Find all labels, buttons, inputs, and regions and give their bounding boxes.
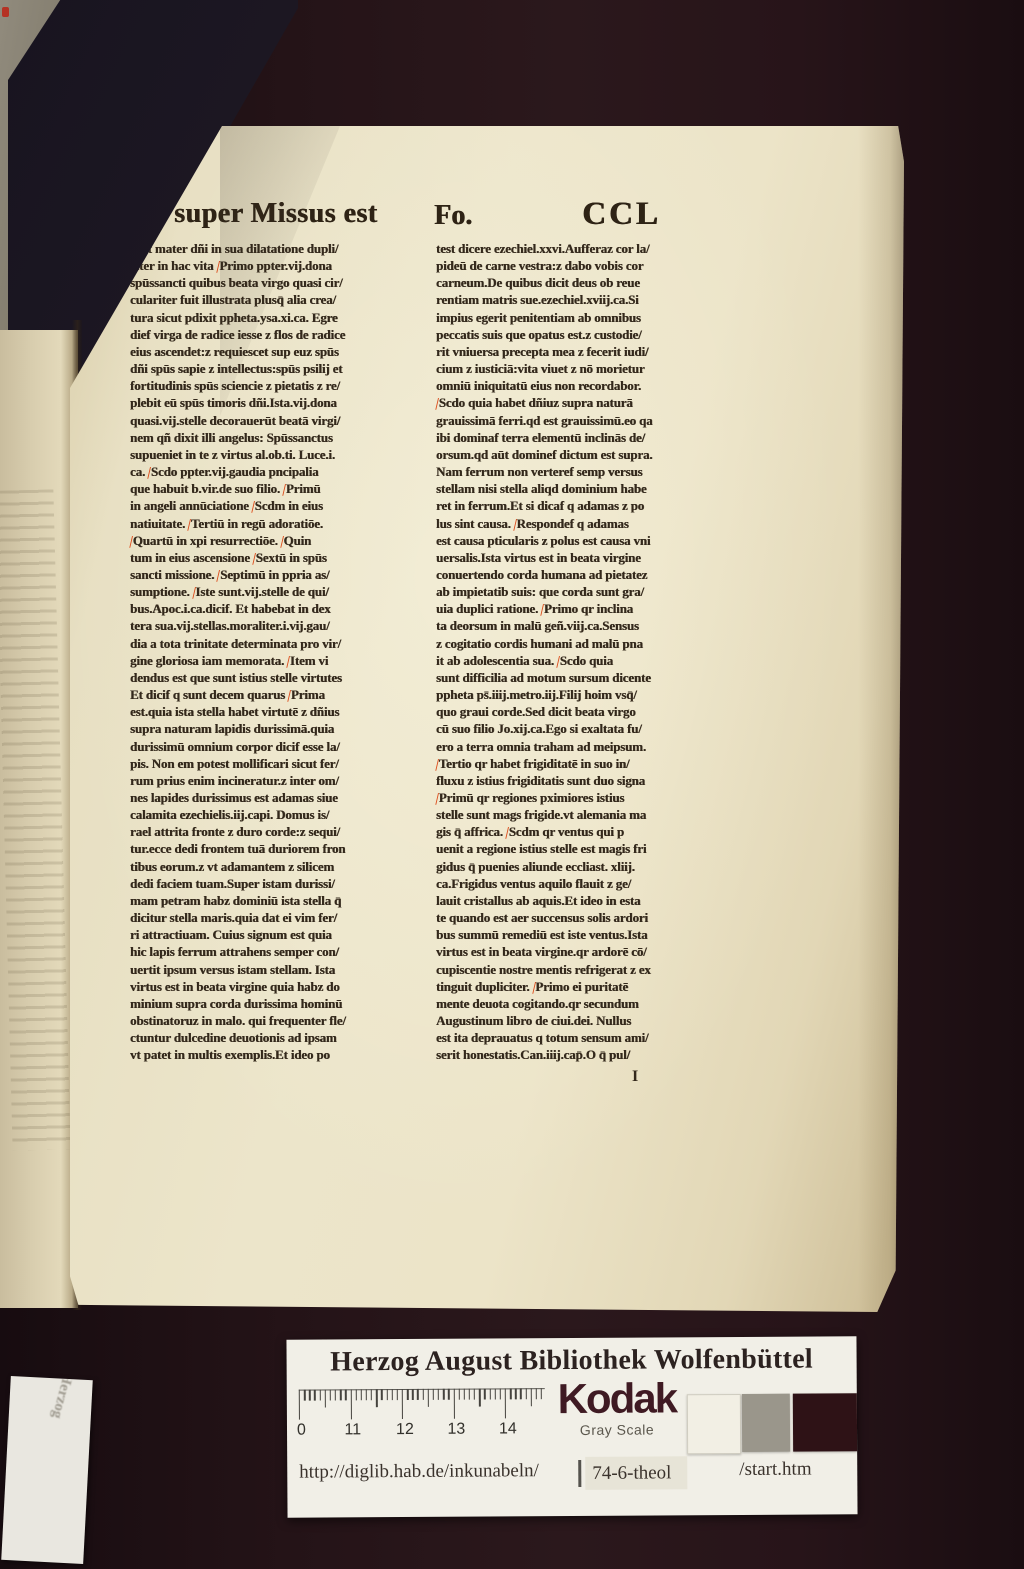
base-url: http://diglib.hab.de/inkunabeln/ xyxy=(299,1460,539,1483)
rubric-mark: | xyxy=(285,652,292,669)
manuscript-page: super Missus est Fo. CCL buit mater dñi … xyxy=(70,126,904,1312)
rubric-mark: | xyxy=(555,652,562,669)
gray-scale-patch-white xyxy=(687,1394,741,1454)
rubric-mark: | xyxy=(434,789,441,806)
kodak-gray-scale-label: Kodak Gray Scale xyxy=(543,1377,691,1438)
rubric-mark: | xyxy=(186,515,193,532)
rubric-mark: | xyxy=(279,532,286,549)
facing-page-edge xyxy=(0,330,78,1308)
red-marker-dot xyxy=(2,7,9,17)
gray-scale-patch-gray xyxy=(742,1394,790,1452)
rubric-mark: | xyxy=(434,755,441,772)
side-label-text: Herzog xyxy=(23,1376,76,1510)
library-label-card: Herzog August Bibliothek Wolfenbüttel 01… xyxy=(286,1336,857,1517)
text-column-right: test dicere ezechiel.xxvi.Aufferaz cor l… xyxy=(436,240,652,1064)
rubric-mark: | xyxy=(215,257,222,274)
rubric-mark: | xyxy=(281,480,288,497)
start-file: /start.htm xyxy=(739,1459,811,1481)
gray-scale-patch-dark xyxy=(793,1393,857,1451)
shelfmark-tick xyxy=(578,1460,581,1487)
rubric-mark: | xyxy=(286,686,293,703)
rubric-mark: | xyxy=(434,394,441,411)
shelfmark: 74-6-theol xyxy=(585,1456,687,1490)
ruler: 011121314 xyxy=(299,1388,551,1448)
rubric-mark: | xyxy=(250,497,257,514)
rubric-mark: | xyxy=(191,583,198,600)
rubric-mark: | xyxy=(146,463,153,480)
signature-mark: I xyxy=(632,1068,638,1086)
rubric-mark: | xyxy=(128,532,135,549)
running-title: super Missus est xyxy=(174,198,378,230)
rubric-mark: | xyxy=(504,823,511,840)
folio-number: CCL xyxy=(582,196,661,233)
digitized-book-photo: super Missus est Fo. CCL buit mater dñi … xyxy=(0,0,1024,1569)
rubric-mark: | xyxy=(539,600,546,617)
side-label: Herzog xyxy=(1,1376,93,1564)
kodak-brand: Kodak xyxy=(543,1377,691,1420)
rubric-mark: | xyxy=(215,566,222,583)
rubric-mark: | xyxy=(251,549,258,566)
kodak-subtitle: Gray Scale xyxy=(543,1421,691,1438)
text-column-left: buit mater dñi in sua dilatatione dupli/… xyxy=(130,240,346,1064)
rubric-mark: | xyxy=(512,515,519,532)
folio-label: Fo. xyxy=(434,200,472,232)
rubric-mark: | xyxy=(531,978,538,995)
